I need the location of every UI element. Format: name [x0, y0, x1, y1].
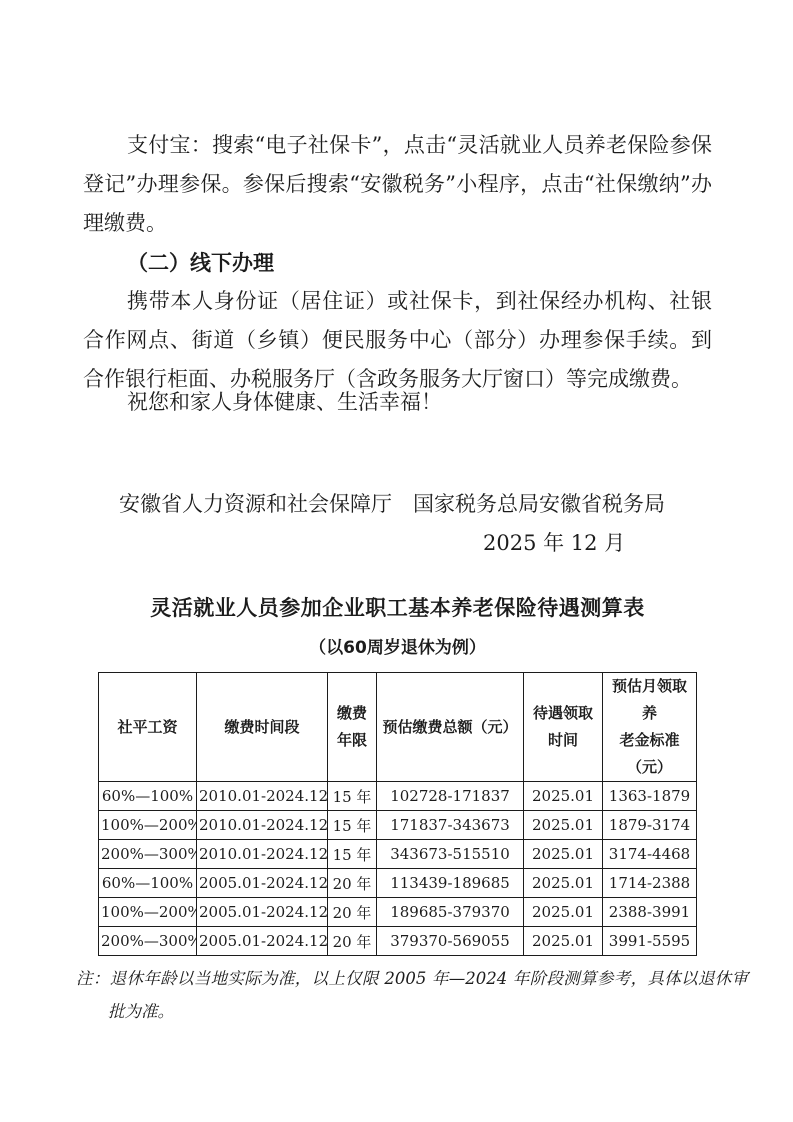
- paragraph-alipay-instructions: 支付宝：搜索“电子社保卡”，点击“灵活就业人员养老保险参保登记”办理参保。参保后…: [83, 126, 712, 243]
- cell-payment-years: 20 年: [328, 898, 377, 927]
- issue-date: 2025 年 12 月: [83, 524, 712, 563]
- cell-payment-period: 2005.01-2024.12: [197, 927, 328, 956]
- cell-payment-years: 15 年: [328, 782, 377, 811]
- cell-payment-years: 20 年: [328, 927, 377, 956]
- table-row: 100%—200% 2010.01-2024.12 15 年 171837-34…: [99, 811, 697, 840]
- table-row: 60%—100% 2005.01-2024.12 20 年 113439-189…: [99, 869, 697, 898]
- cell-payment-period: 2010.01-2024.12: [197, 840, 328, 869]
- col-header-payment-years: 缴费 年限: [328, 673, 377, 782]
- pension-estimate-table: 社平工资 缴费时间段 缴费 年限 预估缴费总额（元） 待遇领取 时间 预估月领取…: [98, 672, 697, 956]
- col-header-monthly-pension: 预估月领取养 老金标准（元）: [603, 673, 697, 782]
- cell-benefit-start: 2025.01: [524, 782, 603, 811]
- cell-monthly-pension: 2388-3991: [603, 898, 697, 927]
- cell-estimated-total: 113439-189685: [377, 869, 524, 898]
- cell-estimated-total: 343673-515510: [377, 840, 524, 869]
- col-header-estimated-total: 预估缴费总额（元）: [377, 673, 524, 782]
- cell-avg-wage: 60%—100%: [99, 869, 197, 898]
- cell-benefit-start: 2025.01: [524, 869, 603, 898]
- cell-benefit-start: 2025.01: [524, 811, 603, 840]
- body-text: 支付宝：搜索“电子社保卡”，点击“灵活就业人员养老保险参保登记”办理参保。参保后…: [83, 126, 712, 422]
- cell-payment-years: 15 年: [328, 840, 377, 869]
- cell-avg-wage: 60%—100%: [99, 782, 197, 811]
- table-row: 100%—200% 2005.01-2024.12 20 年 189685-37…: [99, 898, 697, 927]
- table-row: 200%—300% 2010.01-2024.12 15 年 343673-51…: [99, 840, 697, 869]
- cell-monthly-pension: 1879-3174: [603, 811, 697, 840]
- signature-block: 安徽省人力资源和社会保障厅 国家税务总局安徽省税务局 2025 年 12 月: [83, 485, 712, 563]
- document-page: 支付宝：搜索“电子社保卡”，点击“灵活就业人员养老保险参保登记”办理参保。参保后…: [0, 0, 793, 1122]
- cell-payment-period: 2010.01-2024.12: [197, 782, 328, 811]
- cell-benefit-start: 2025.01: [524, 927, 603, 956]
- table-subtitle: （以60周岁退休为例）: [83, 635, 712, 661]
- col-header-benefit-start: 待遇领取 时间: [524, 673, 603, 782]
- cell-payment-period: 2010.01-2024.12: [197, 811, 328, 840]
- cell-estimated-total: 171837-343673: [377, 811, 524, 840]
- footnote: 注：退休年龄以当地实际为准，以上仅限 2005 年—2024 年阶段测算参考，具…: [76, 962, 748, 1028]
- cell-avg-wage: 100%—200%: [99, 811, 197, 840]
- col-header-payment-period: 缴费时间段: [197, 673, 328, 782]
- cell-avg-wage: 200%—300%: [99, 840, 197, 869]
- heading-offline-processing: （二）线下办理: [83, 243, 712, 282]
- table-title: 灵活就业人员参加企业职工基本养老保险待遇测算表: [83, 593, 712, 623]
- cell-payment-years: 15 年: [328, 811, 377, 840]
- table-row: 60%—100% 2010.01-2024.12 15 年 102728-171…: [99, 782, 697, 811]
- cell-avg-wage: 100%—200%: [99, 898, 197, 927]
- col-header-avg-wage: 社平工资: [99, 673, 197, 782]
- cell-monthly-pension: 1363-1879: [603, 782, 697, 811]
- table-header-row: 社平工资 缴费时间段 缴费 年限 预估缴费总额（元） 待遇领取 时间 预估月领取…: [99, 673, 697, 782]
- cell-benefit-start: 2025.01: [524, 898, 603, 927]
- cell-estimated-total: 102728-171837: [377, 782, 524, 811]
- cell-payment-period: 2005.01-2024.12: [197, 898, 328, 927]
- cell-benefit-start: 2025.01: [524, 840, 603, 869]
- issuing-agencies: 安徽省人力资源和社会保障厅 国家税务总局安徽省税务局: [83, 485, 712, 524]
- cell-payment-period: 2005.01-2024.12: [197, 869, 328, 898]
- cell-avg-wage: 200%—300%: [99, 927, 197, 956]
- cell-monthly-pension: 3174-4468: [603, 840, 697, 869]
- table-row: 200%—300% 2005.01-2024.12 20 年 379370-56…: [99, 927, 697, 956]
- cell-estimated-total: 379370-569055: [377, 927, 524, 956]
- paragraph-offline-instructions: 携带本人身份证（居住证）或社保卡，到社保经办机构、社银合作网点、街道（乡镇）便民…: [83, 282, 712, 399]
- cell-monthly-pension: 1714-2388: [603, 869, 697, 898]
- cell-monthly-pension: 3991-5595: [603, 927, 697, 956]
- cell-payment-years: 20 年: [328, 869, 377, 898]
- cell-estimated-total: 189685-379370: [377, 898, 524, 927]
